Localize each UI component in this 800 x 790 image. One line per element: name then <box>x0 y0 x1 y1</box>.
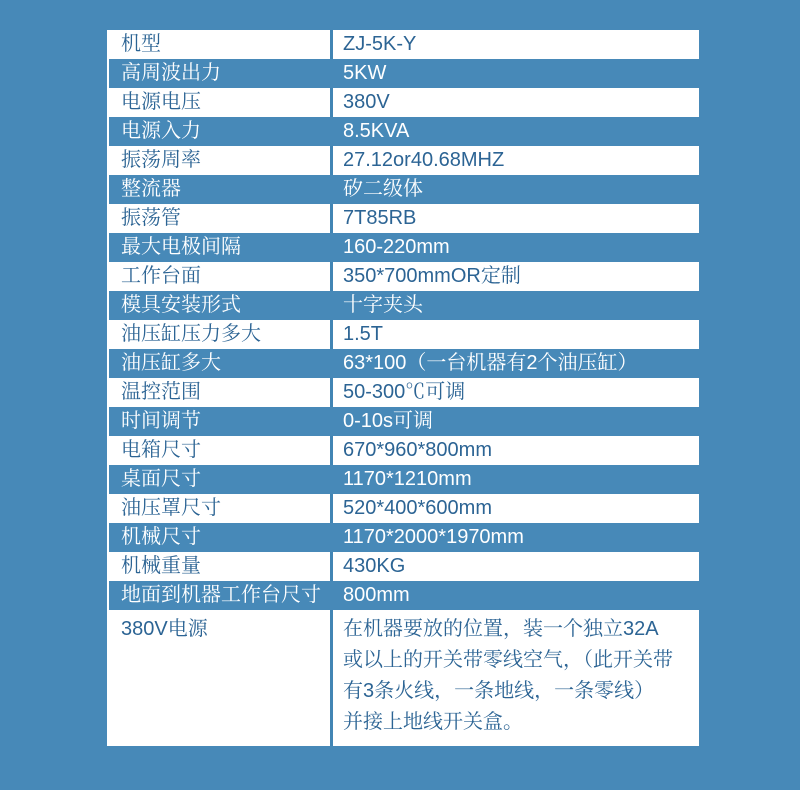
table-row: 时间调节 0-10s可调 <box>109 407 699 436</box>
table-row: 工作台面 350*700mmOR定制 <box>109 262 699 291</box>
table-row: 桌面尺寸 1170*1210mm <box>109 465 699 494</box>
table-row: 振荡周率 27.12or40.68MHZ <box>109 146 699 175</box>
spec-label: 380V电源 <box>109 610 330 746</box>
spec-value: 7T85RB <box>330 204 699 233</box>
table-row: 电箱尺寸 670*960*800mm <box>109 436 699 465</box>
spec-label: 油压缸多大 <box>109 349 330 378</box>
spec-table: 机型 ZJ-5K-Y 高周波出力 5KW 电源电压 380V 电源入力 8.5K… <box>107 30 699 746</box>
table-row: 高周波出力 5KW <box>109 59 699 88</box>
spec-label: 最大电极间隔 <box>109 233 330 262</box>
table-row: 380V电源 在机器要放的位置，装一个独立32A或以上的开关带零线空气，（此开关… <box>109 610 699 746</box>
table-row: 油压罩尺寸 520*400*600mm <box>109 494 699 523</box>
spec-label: 桌面尺寸 <box>109 465 330 494</box>
spec-value: 670*960*800mm <box>330 436 699 465</box>
spec-label: 时间调节 <box>109 407 330 436</box>
spec-value: 8.5KVA <box>330 117 699 146</box>
spec-label: 机械重量 <box>109 552 330 581</box>
spec-value: 十字夹头 <box>330 291 699 320</box>
spec-value: 0-10s可调 <box>330 407 699 436</box>
spec-value: 430KG <box>330 552 699 581</box>
spec-label: 机型 <box>109 30 330 59</box>
spec-label: 地面到机器工作台尺寸 <box>109 581 330 610</box>
spec-label: 电源电压 <box>109 88 330 117</box>
table-row: 机型 ZJ-5K-Y <box>109 30 699 59</box>
spec-label: 工作台面 <box>109 262 330 291</box>
spec-value: 1170*2000*1970mm <box>330 523 699 552</box>
table-row: 最大电极间隔 160-220mm <box>109 233 699 262</box>
spec-label: 温控范围 <box>109 378 330 407</box>
spec-value: 63*100（一台机器有2个油压缸） <box>330 349 699 378</box>
spec-value: 520*400*600mm <box>330 494 699 523</box>
spec-value: ZJ-5K-Y <box>330 30 699 59</box>
spec-label: 高周波出力 <box>109 59 330 88</box>
table-row: 机械尺寸 1170*2000*1970mm <box>109 523 699 552</box>
spec-value: 160-220mm <box>330 233 699 262</box>
table-row: 电源入力 8.5KVA <box>109 117 699 146</box>
table-row: 模具安装形式 十字夹头 <box>109 291 699 320</box>
spec-value: 27.12or40.68MHZ <box>330 146 699 175</box>
spec-value: 5KW <box>330 59 699 88</box>
spec-label: 振荡周率 <box>109 146 330 175</box>
table-row: 地面到机器工作台尺寸 800mm <box>109 581 699 610</box>
spec-label: 电箱尺寸 <box>109 436 330 465</box>
table-row: 油压缸多大 63*100（一台机器有2个油压缸） <box>109 349 699 378</box>
spec-value: 矽二级体 <box>330 175 699 204</box>
spec-label: 油压缸压力多大 <box>109 320 330 349</box>
table-row: 电源电压 380V <box>109 88 699 117</box>
spec-value: 1170*1210mm <box>330 465 699 494</box>
spec-label: 机械尺寸 <box>109 523 330 552</box>
spec-value: 380V <box>330 88 699 117</box>
spec-value: 在机器要放的位置，装一个独立32A或以上的开关带零线空气，（此开关带有3条火线，… <box>330 610 699 746</box>
spec-value: 50-300℃可调 <box>330 378 699 407</box>
spec-value: 800mm <box>330 581 699 610</box>
spec-value: 350*700mmOR定制 <box>330 262 699 291</box>
table-row: 温控范围 50-300℃可调 <box>109 378 699 407</box>
spec-value: 1.5T <box>330 320 699 349</box>
spec-label: 整流器 <box>109 175 330 204</box>
spec-label: 模具安装形式 <box>109 291 330 320</box>
page-background: { "colors": { "page_background": "#4789b… <box>0 0 800 790</box>
table-row: 机械重量 430KG <box>109 552 699 581</box>
table-row: 整流器 矽二级体 <box>109 175 699 204</box>
table-row: 油压缸压力多大 1.5T <box>109 320 699 349</box>
table-row: 振荡管 7T85RB <box>109 204 699 233</box>
spec-label: 油压罩尺寸 <box>109 494 330 523</box>
spec-label: 电源入力 <box>109 117 330 146</box>
spec-label: 振荡管 <box>109 204 330 233</box>
